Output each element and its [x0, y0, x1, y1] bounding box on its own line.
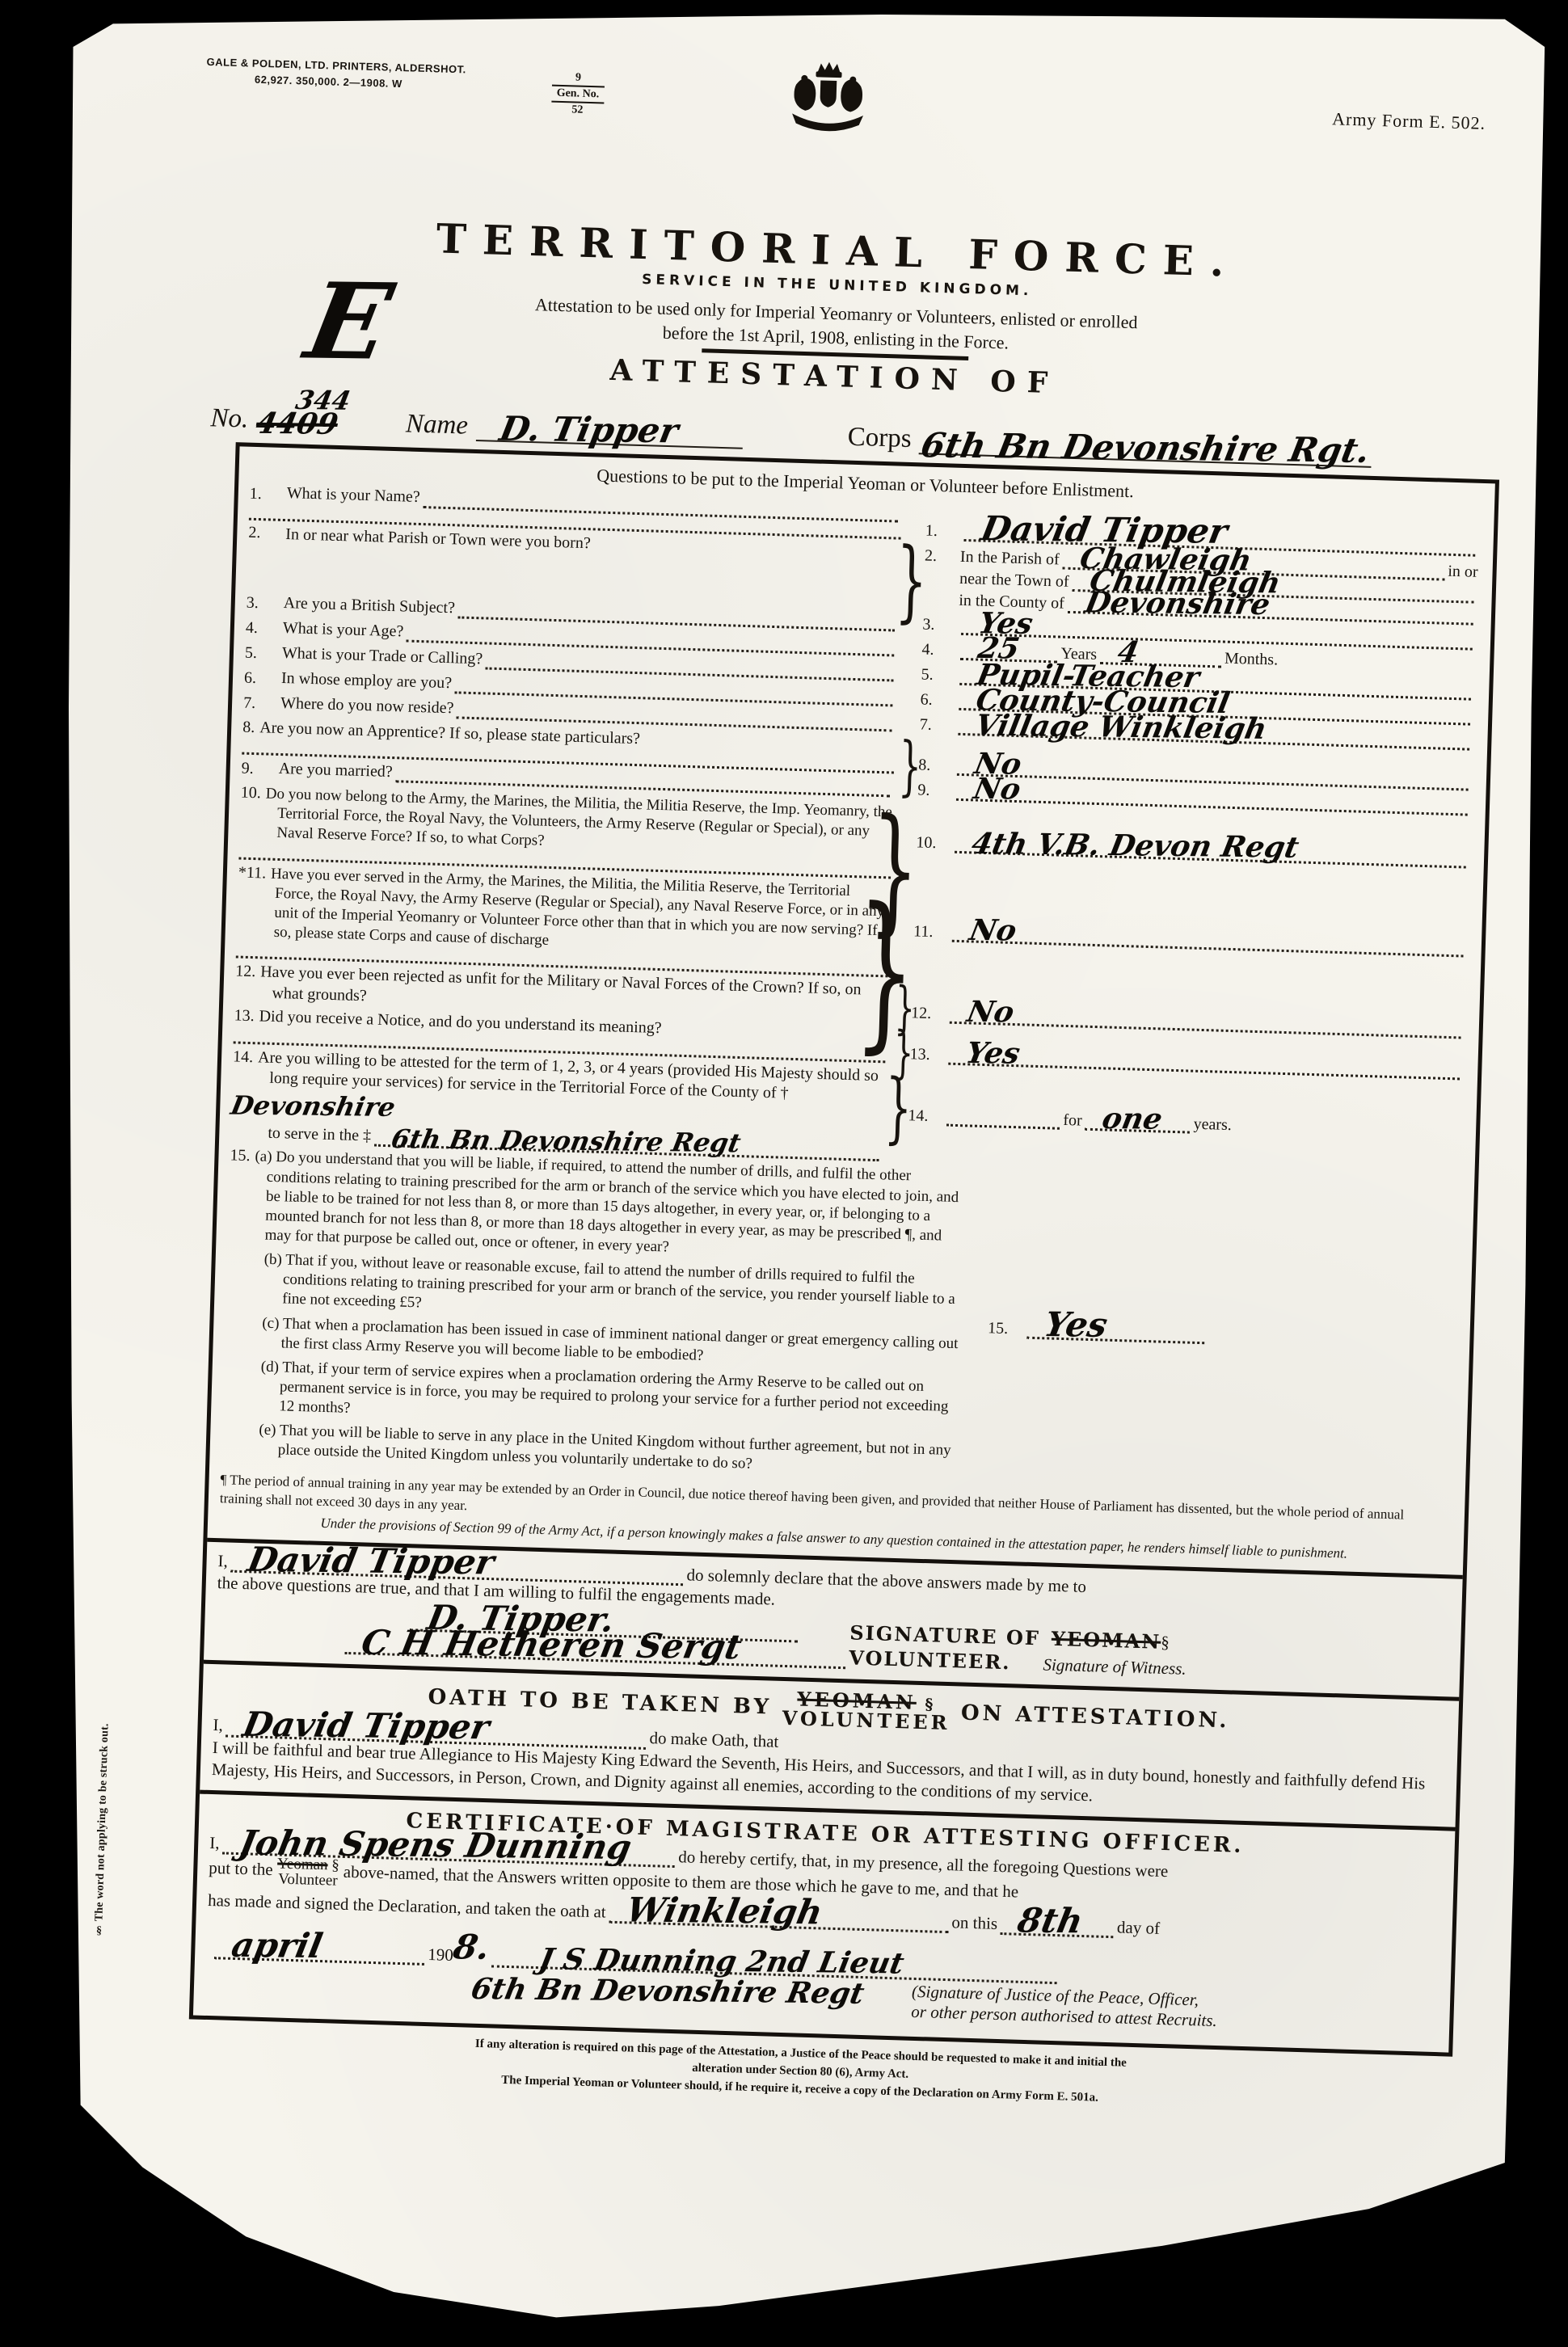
brace-decoration: } — [895, 537, 929, 623]
signature-of-label: SIGNATURE OF — [849, 1621, 1040, 1650]
for-label: for — [1063, 1111, 1082, 1131]
oath-place-handwritten: Winkleigh — [623, 1890, 826, 1932]
answer-number: 5. — [921, 665, 957, 685]
answer-line: one — [1085, 1112, 1191, 1134]
rejected-handwritten: No — [964, 995, 1017, 1029]
spacer — [924, 587, 959, 588]
royal-coat-of-arms-icon — [785, 60, 871, 147]
question-15a: 15.(a) Do you understand that you will b… — [227, 1146, 968, 1266]
in-or-label: in or — [1448, 562, 1478, 581]
year-handwritten: 8. — [449, 1928, 492, 1967]
answer-number: 8. — [918, 756, 955, 775]
question-number: 4. — [246, 619, 284, 638]
i-label: I, — [209, 1832, 220, 1855]
spacer — [230, 1143, 268, 1144]
answer-number: 14. — [908, 1107, 944, 1127]
question-cell: 14.Are you willing to be attested for th… — [230, 1047, 909, 1163]
scanned-attestation-form: { "colors":{"background":"#000000","pape… — [0, 0, 1568, 2347]
question-number: 10. — [241, 783, 267, 802]
question-number: *11. — [238, 863, 272, 882]
dotted-leader — [946, 1108, 1060, 1130]
officer-name-handwritten: John Spens Dunning — [236, 1822, 634, 1867]
question-number: 6. — [244, 669, 282, 689]
general-number-stamp: 9 Gen. No. 52 — [551, 71, 605, 118]
question-text: Where do you now reside? — [280, 693, 454, 719]
question-number: 15. — [230, 1147, 255, 1165]
question-text: to serve in the ‡ — [268, 1123, 371, 1147]
answer-number: 15. — [988, 1320, 1024, 1339]
jp-signature-label: (Signature of Justice of the Peace, Offi… — [911, 1982, 1218, 2031]
question-number: 7. — [243, 694, 281, 714]
volunteer-label: Volunteer — [278, 1870, 338, 1889]
answer-number: 9. — [917, 781, 954, 800]
oath-text1: do make Oath, that — [649, 1727, 779, 1753]
answer-number: 1. — [925, 521, 962, 541]
term-handwritten: one — [1100, 1102, 1165, 1137]
served-before-handwritten: No — [967, 913, 1019, 947]
printer-imprint: GALE & POLDEN, LTD. PRINTERS, ALDERSHOT.… — [206, 54, 466, 94]
question-number: 2. — [248, 523, 286, 542]
i-label: I, — [213, 1714, 223, 1737]
question-number: 9. — [241, 760, 279, 779]
question-text: In whose employ are you? — [281, 668, 453, 694]
margin-footnote-insert-county-corps: † Here insert County. ‡ Here insert Corp… — [61, 1435, 99, 2243]
brace-decoration: } — [883, 1071, 913, 1144]
answer-cell: 11.No — [912, 883, 1468, 995]
answer-number: 6. — [920, 690, 956, 710]
question-cell: 15.(a) Do you understand that you will b… — [221, 1146, 993, 1486]
answer-line: No — [952, 924, 1464, 958]
volunteer-label: VOLUNTEER — [782, 1706, 950, 1734]
i-label: I, — [217, 1550, 228, 1573]
months-label: Months. — [1224, 649, 1279, 669]
question-number: 12. — [235, 963, 261, 981]
answer-number: 12. — [911, 1004, 947, 1023]
gen-no-denominator: 52 — [551, 103, 604, 118]
answer-number: 11. — [913, 923, 950, 942]
answer-number: 7. — [919, 715, 955, 735]
month-handwritten: april — [229, 1925, 326, 1966]
question-number: 8. — [242, 718, 260, 736]
witness-signature-line: C H Hetheren Sergt — [344, 1639, 845, 1669]
question-text: Are you married? — [278, 759, 393, 783]
question-number: 13. — [234, 1007, 259, 1026]
on-this-label: on this — [951, 1911, 997, 1935]
answer-line: 4th V.B. Devon Regt — [955, 835, 1466, 869]
army-form-number: Army Form E. 502. — [1332, 108, 1486, 134]
answer-number: 3. — [922, 615, 959, 634]
answer-cell: 14.foroneyears. — [907, 1067, 1463, 1179]
oath-name-handwritten: David Tipper — [240, 1704, 493, 1746]
gen-no-label: Gen. No. — [551, 85, 604, 104]
corps-label: Corps — [847, 423, 912, 454]
answer-number: 2. — [925, 546, 961, 566]
officer-unit-handwritten: 6th Bn Devonshire Regt — [468, 1972, 866, 2011]
answer-cell: 10.4th V.B. Devon Regt — [915, 803, 1470, 895]
question-text: What is your Trade or Calling? — [282, 643, 483, 670]
no-label: No. — [210, 403, 249, 434]
answer-number: 13. — [909, 1045, 946, 1064]
question-row-15: 15.(a) Do you understand that you will b… — [221, 1146, 1460, 1500]
month-line: april — [214, 1944, 424, 1966]
question-text: What is your Age? — [283, 618, 404, 643]
questions-box: Questions to be put to the Imperial Yeom… — [189, 442, 1499, 2057]
town-label: near the Town of — [959, 569, 1069, 591]
year-printed: 190 — [428, 1944, 453, 1966]
county-handwritten-inline: Devonshire — [265, 1090, 398, 1124]
question-text: Are you a British Subject? — [283, 593, 455, 619]
answer-cell: 15.Yes — [983, 1169, 1460, 1500]
question-number: 5. — [245, 644, 283, 664]
volunteer-label: VOLUNTEER. — [849, 1646, 1011, 1675]
name-label: Name — [405, 410, 468, 441]
no-value-old-struck: 4409 — [254, 411, 339, 436]
document-paper: * If so, the Imperial Yeoman or Voluntee… — [69, 15, 1546, 2324]
question-text: Have you ever served in the Army, the Ma… — [271, 865, 885, 949]
certificate-section: CERTIFICATE·OF MAGISTRATE OR ATTESTING O… — [204, 1802, 1440, 2037]
witness-signature-handwritten: C H Hetheren Sergt — [358, 1623, 744, 1666]
page-tilt-wrapper: * If so, the Imperial Yeoman or Voluntee… — [70, 11, 1547, 55]
witness-label: Signature of Witness. — [1043, 1655, 1187, 1679]
years-suffix-label: years. — [1193, 1115, 1232, 1135]
notice-handwritten: Yes — [963, 1036, 1023, 1071]
county-handwritten: Devonshire — [1082, 585, 1273, 622]
parish-label: In the Parish of — [960, 547, 1060, 569]
answer-line: Yes — [1026, 1321, 1205, 1345]
question-number: 1. — [249, 484, 287, 504]
day-of-label: day of — [1117, 1916, 1161, 1940]
name-field-line: D. Tipper — [475, 440, 742, 449]
answer-number: 4. — [921, 640, 958, 659]
married-handwritten: No — [971, 772, 1023, 806]
gen-no-numerator: 9 — [552, 71, 605, 86]
day-line: 8th — [1001, 1919, 1115, 1938]
understand-handwritten: Yes — [1041, 1305, 1111, 1346]
spacer — [923, 609, 959, 609]
corps-belong-handwritten: 4th V.B. Devon Regt — [969, 827, 1302, 865]
declarant-name-handwritten: David Tipper — [245, 1540, 498, 1582]
name-value-handwritten: D. Tipper — [496, 409, 681, 450]
residence-handwritten: Village Winkleigh — [972, 708, 1269, 745]
question-number: 14. — [233, 1047, 259, 1066]
section-mark: § — [1161, 1632, 1170, 1654]
yeoman-struck-label: YEOMAN — [1051, 1627, 1161, 1654]
question-text: What is your Name? — [286, 483, 420, 508]
day-handwritten: 8th — [1014, 1901, 1086, 1941]
page-content: GALE & POLDEN, LTD. PRINTERS, ALDERSHOT.… — [113, 36, 1515, 2118]
question-number: 3. — [246, 594, 284, 613]
answer-number: 10. — [916, 833, 952, 853]
corps-value-handwritten: 6th Bn Devonshire Rgt. — [918, 425, 1373, 470]
question-cell: *11.Have you ever served in the Army, th… — [236, 862, 915, 979]
number-field: 344 4409 — [256, 388, 350, 437]
yeoman-volunteer-stack: YEOMAN §VOLUNTEER — [782, 1689, 950, 1733]
form-header: GALE & POLDEN, LTD. PRINTERS, ALDERSHOT.… — [171, 36, 1515, 156]
oath-place-line: Winkleigh — [609, 1908, 948, 1933]
